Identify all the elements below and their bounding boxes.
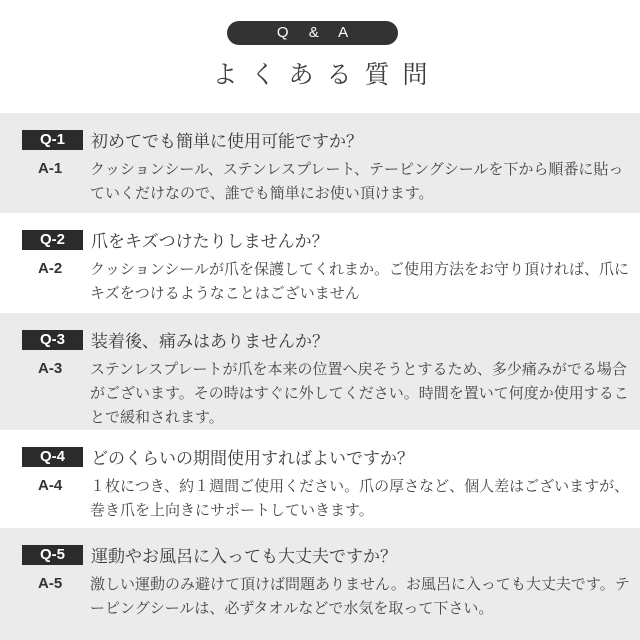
answer-text: １枚につき、約１週間ご使用ください。爪の厚さなど、個人差はございますが、巻き爪を… xyxy=(90,474,630,522)
page-title: よくある質問 xyxy=(0,55,640,91)
question-text: 爪をキズつけたりしませんか？ xyxy=(91,227,329,252)
question-row: Q-2 爪をキズつけたりしませんか？ xyxy=(22,227,329,252)
faq-item-4: Q-4 どのくらいの期間使用すればよいですか？ A-4 １枚につき、約１週間ご使… xyxy=(0,430,640,528)
question-badge: Q-4 xyxy=(22,447,83,467)
question-row: Q-3 装着後、痛みはありませんか？ xyxy=(22,327,329,352)
qa-badge: Q & A xyxy=(227,21,398,45)
question-row: Q-5 運動やお風呂に入っても大丈夫ですか？ xyxy=(22,542,397,567)
faq-item-3: Q-3 装着後、痛みはありませんか？ A-3 ステンレスプレートが爪を本来の位置… xyxy=(0,313,640,430)
answer-text: ステンレスプレートが爪を本来の位置へ戻そうとするため、多少痛みがでる場合がござい… xyxy=(90,357,630,429)
question-row: Q-4 どのくらいの期間使用すればよいですか？ xyxy=(22,444,414,469)
answer-label: A-2 xyxy=(38,257,90,305)
faq-item-2: Q-2 爪をキズつけたりしませんか？ A-2 クッションシールが爪を保護してくれ… xyxy=(0,213,640,313)
answer-row: A-1 クッションシール、ステンレスプレート、テーピングシールを下から順番に貼っ… xyxy=(38,157,630,205)
answer-row: A-3 ステンレスプレートが爪を本来の位置へ戻そうとするため、多少痛みがでる場合… xyxy=(38,357,630,429)
question-row: Q-1 初めてでも簡単に使用可能ですか？ xyxy=(22,127,363,152)
question-text: 装着後、痛みはありませんか？ xyxy=(91,327,329,352)
question-text: 運動やお風呂に入っても大丈夫ですか？ xyxy=(91,542,397,567)
answer-text: 激しい運動のみ避けて頂けば問題ありません。お風呂に入っても大丈夫です。テーピング… xyxy=(90,572,630,620)
question-badge: Q-2 xyxy=(22,230,83,250)
answer-row: A-4 １枚につき、約１週間ご使用ください。爪の厚さなど、個人差はございますが、… xyxy=(38,474,630,522)
answer-row: A-2 クッションシールが爪を保護してくれまか。ご使用方法をお守り頂ければ、爪に… xyxy=(38,257,630,305)
answer-label: A-1 xyxy=(38,157,90,205)
faq-item-5: Q-5 運動やお風呂に入っても大丈夫ですか？ A-5 激しい運動のみ避けて頂けば… xyxy=(0,528,640,640)
answer-label: A-3 xyxy=(38,357,90,429)
page-header: Q & A よくある質問 xyxy=(0,0,640,113)
answer-text: クッションシール、ステンレスプレート、テーピングシールを下から順番に貼っていくだ… xyxy=(90,157,630,205)
faq-item-1: Q-1 初めてでも簡単に使用可能ですか？ A-1 クッションシール、ステンレスプ… xyxy=(0,113,640,213)
answer-label: A-4 xyxy=(38,474,90,522)
question-text: どのくらいの期間使用すればよいですか？ xyxy=(91,444,414,469)
answer-row: A-5 激しい運動のみ避けて頂けば問題ありません。お風呂に入っても大丈夫です。テ… xyxy=(38,572,630,620)
answer-label: A-5 xyxy=(38,572,90,620)
question-badge: Q-1 xyxy=(22,130,83,150)
question-text: 初めてでも簡単に使用可能ですか？ xyxy=(91,127,363,152)
question-badge: Q-5 xyxy=(22,545,83,565)
answer-text: クッションシールが爪を保護してくれまか。ご使用方法をお守り頂ければ、爪にキズをつ… xyxy=(90,257,630,305)
question-badge: Q-3 xyxy=(22,330,83,350)
